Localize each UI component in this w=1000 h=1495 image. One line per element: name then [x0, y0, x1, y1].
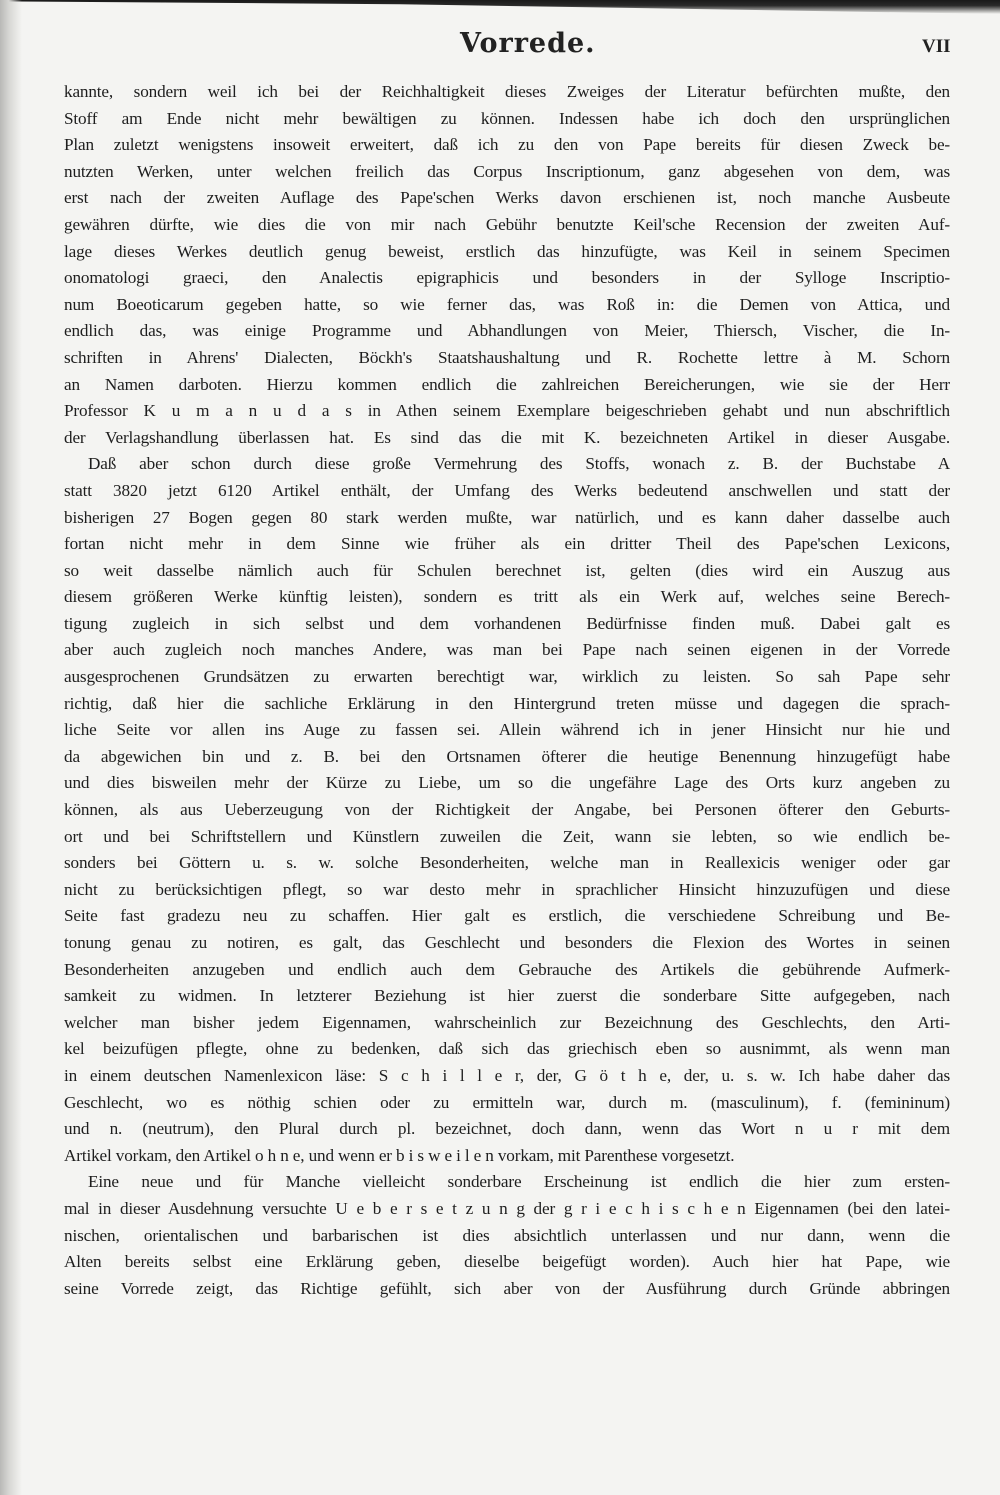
- text-line: fortan nicht mehr in dem Sinne wie frühe…: [64, 531, 950, 558]
- text-line: diesem größeren Werke künftig leisten), …: [64, 584, 950, 611]
- text-line: kel beizufügen pflegte, ohne zu bedenken…: [64, 1036, 950, 1063]
- text-line: gewähren dürfte, wie dies die von mir na…: [64, 212, 950, 239]
- text-line: und n. (neutrum), den Plural durch pl. b…: [64, 1116, 950, 1143]
- text-line: Besonderheiten anzugeben und endlich auc…: [64, 957, 950, 984]
- running-title: Vorrede.: [460, 28, 596, 59]
- text-line: so weit dasselbe nämlich auch für Schule…: [64, 558, 950, 585]
- text-line: samkeit zu widmen. In letzterer Beziehun…: [64, 983, 950, 1010]
- text-line: der Verlagshandlung überlassen hat. Es s…: [64, 425, 950, 452]
- text-line: welcher man bisher jedem Eigennamen, wah…: [64, 1010, 950, 1037]
- text-line: Daß aber schon durch diese große Vermehr…: [64, 451, 950, 478]
- text-line: seine Vorrede zeigt, das Richtige gefühl…: [64, 1276, 950, 1303]
- text-line: bisherigen 27 Bogen gegen 80 stark werde…: [64, 505, 950, 532]
- text-line: mal in dieser Ausdehnung versuchte U e b…: [64, 1196, 950, 1223]
- text-line: aber auch zugleich noch manches Andere, …: [64, 637, 950, 664]
- text-line: richtig, daß hier die sachliche Erklärun…: [64, 691, 950, 718]
- text-line: nischen, orientalischen und barbarischen…: [64, 1223, 950, 1250]
- text-line: tonung genau zu notiren, es galt, das Ge…: [64, 930, 950, 957]
- text-line: lage dieses Werkes deutlich genug beweis…: [64, 239, 950, 266]
- text-line: endlich das, was einige Programme und Ab…: [64, 318, 950, 345]
- text-line: nutzten Werken, unter welchen freilich d…: [64, 159, 950, 186]
- page-number: VII: [922, 36, 951, 58]
- text-line: sonders bei Göttern u. s. w. solche Beso…: [64, 850, 950, 877]
- text-line: schriften in Ahrens' Dialecten, Böckh's …: [64, 345, 950, 372]
- text-line: können, als aus Ueberzeugung von der Ric…: [64, 797, 950, 824]
- text-line: Alten bereits selbst eine Erklärung gebe…: [64, 1249, 950, 1276]
- text-line: Seite fast gradezu neu zu schaffen. Hier…: [64, 903, 950, 930]
- text-line: nicht zu berücksichtigen pflegt, so war …: [64, 877, 950, 904]
- text-line: und dies bisweilen mehr der Kürze zu Lie…: [64, 770, 950, 797]
- text-line: an Namen darboten. Hierzu kommen endlich…: [64, 372, 950, 399]
- text-line: Eine neue und für Manche vielleicht sond…: [64, 1169, 950, 1196]
- text-line: ausgesprochenen Grundsätzen zu erwarten …: [64, 664, 950, 691]
- text-line: kannte, sondern weil ich bei der Reichha…: [64, 79, 950, 106]
- text-line: in einem deutschen Namenlexicon läse: S …: [64, 1063, 950, 1090]
- page-header: Vorrede. VII: [0, 28, 1000, 68]
- text-line: da abgewichen bin und z. B. bei den Orts…: [64, 744, 950, 771]
- body-text: kannte, sondern weil ich bei der Reichha…: [64, 79, 950, 1302]
- text-line: statt 3820 jetzt 6120 Artikel enthält, d…: [64, 478, 950, 505]
- scan-binding-edge: [0, 0, 22, 1495]
- text-line: Professor K u m a n u d a s in Athen sei…: [64, 398, 950, 425]
- text-line: Artikel vorkam, den Artikel o h n e, und…: [64, 1143, 950, 1170]
- text-line: onomatologi graeci, den Analectis epigra…: [64, 265, 950, 292]
- text-line: Plan zuletzt wenigstens insoweit erweite…: [64, 132, 950, 159]
- scan-top-shadow: [0, 0, 1000, 14]
- text-line: ort und bei Schriftstellern und Künstler…: [64, 824, 950, 851]
- text-line: erst nach der zweiten Auflage des Pape's…: [64, 185, 950, 212]
- text-line: Stoff am Ende nicht mehr bewältigen zu k…: [64, 106, 950, 133]
- text-line: num Boeoticarum gegeben hatte, so wie fe…: [64, 292, 950, 319]
- text-line: tigung zugleich in sich selbst und dem v…: [64, 611, 950, 638]
- text-line: liche Seite vor allen ins Auge zu fassen…: [64, 717, 950, 744]
- text-line: Geschlecht, wo es nöthig schien oder zu …: [64, 1090, 950, 1117]
